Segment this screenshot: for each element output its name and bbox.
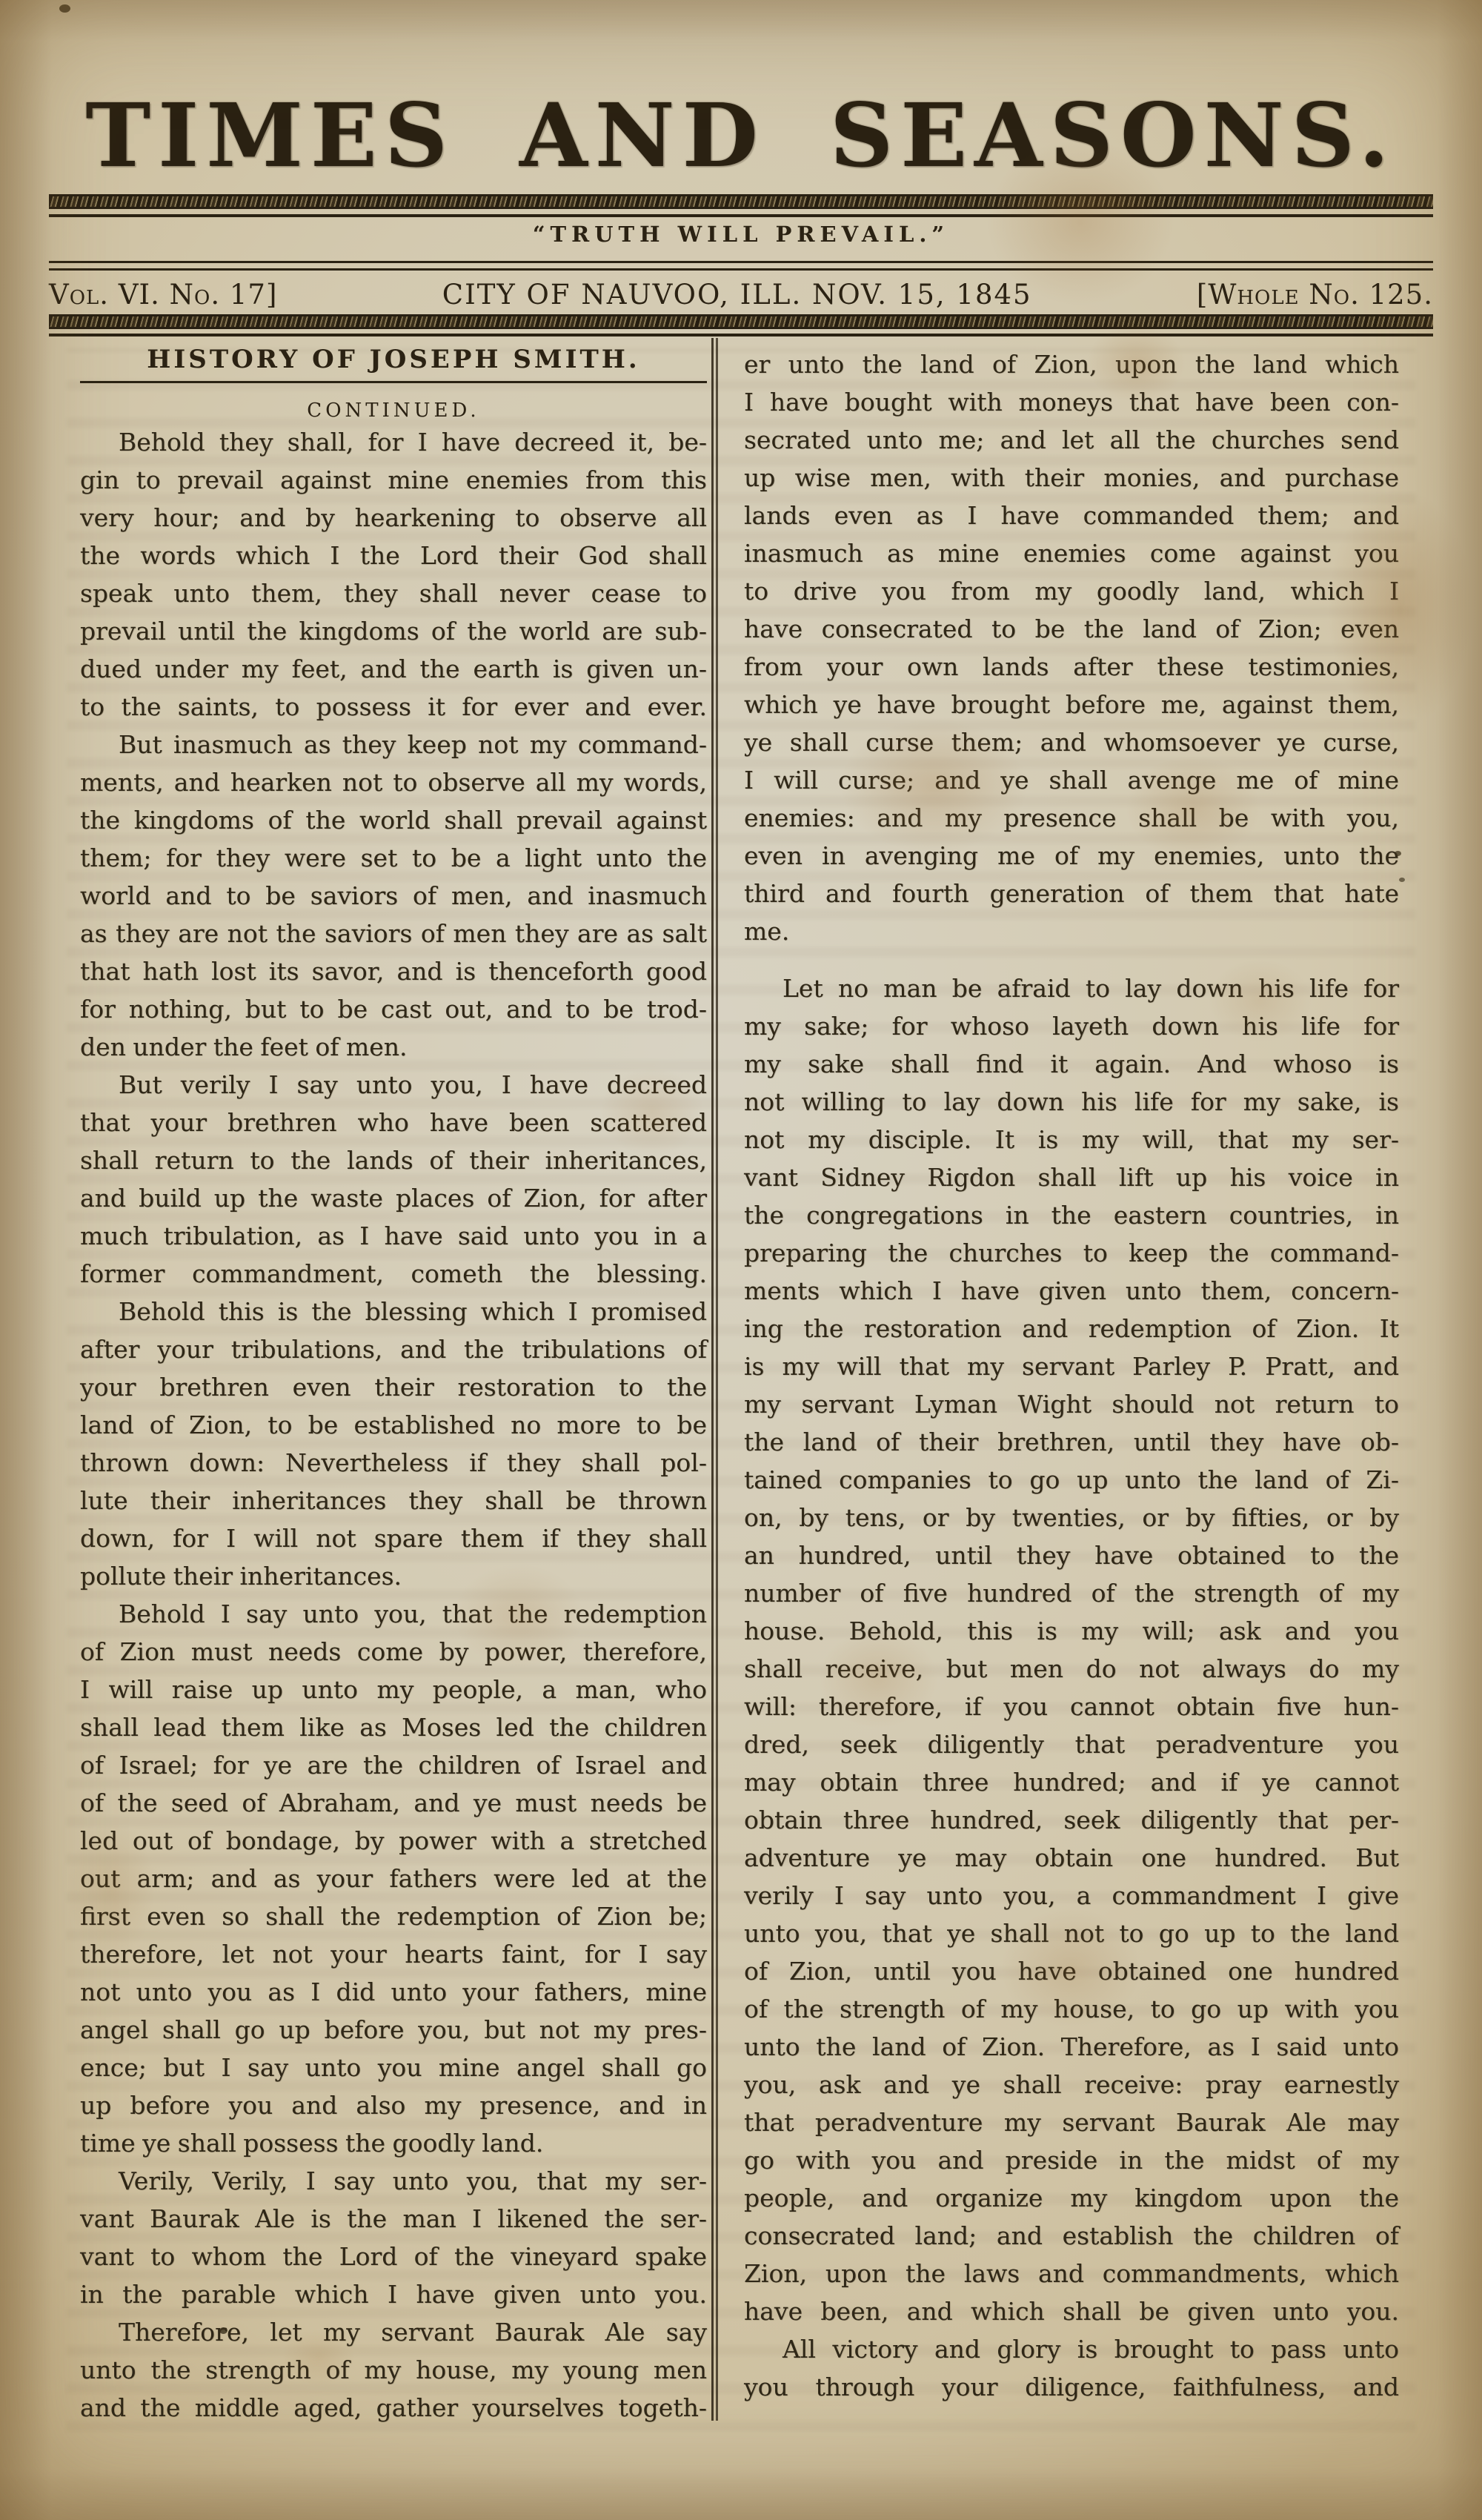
thin-rule (49, 214, 1433, 217)
text-line: land of Zion, to be established no more … (80, 1406, 707, 1444)
text-line: tained companies to go up unto the land … (744, 1461, 1399, 1499)
text-line: dued under my feet, and the earth is giv… (80, 650, 707, 688)
text-line: unto the land of Zion. Therefore, as I s… (744, 2028, 1399, 2066)
thin-rule (49, 334, 1433, 336)
text-line: down, for I will not spare them if they … (80, 1519, 707, 1557)
text-line: verily I say unto you, a commandment I g… (744, 1877, 1399, 1914)
text-line: to drive you from my goodly land, which … (744, 572, 1399, 610)
text-line: my sake shall find it again. And whoso i… (744, 1045, 1399, 1083)
text-line: go with you and preside in the midst of … (744, 2141, 1399, 2179)
text-line: after your tribulations, and the tribula… (80, 1330, 707, 1368)
text-line: But verily I say unto you, I have decree… (80, 1066, 707, 1104)
text-line: shall receive, but men do not always do … (744, 1650, 1399, 1688)
text-line: unto the strength of my house, my young … (80, 2351, 707, 2389)
text-line: not willing to lay down his life for my … (744, 1083, 1399, 1121)
text-line: inasmuch as mine enemies come against yo… (744, 534, 1399, 572)
text-line: have consecrated to be the land of Zion;… (744, 610, 1399, 648)
right-column-text: er unto the land of Zion, upon the land … (744, 345, 1399, 2406)
text-line: me. (744, 912, 1399, 950)
text-line: the kingdoms of the world shall prevail … (80, 801, 707, 839)
text-line: very hour; and by hearkening to observe … (80, 499, 707, 537)
text-line: former commandment, cometh the blessing. (80, 1255, 707, 1293)
text-line: out arm; and as your fathers were led at… (80, 1860, 707, 1897)
text-line: unto you, that ye shall not to go up to … (744, 1914, 1399, 1952)
text-line: Let no man be afraid to lay down his lif… (744, 969, 1399, 1007)
text-line: you, ask and ye shall receive: pray earn… (744, 2066, 1399, 2103)
text-line: on, by tens, or by twenties, or by fifti… (744, 1499, 1399, 1536)
text-line: to the saints, to possess it for ever an… (80, 688, 707, 726)
thin-rule (49, 261, 1433, 263)
text-line: the land of their brethren, until they h… (744, 1423, 1399, 1461)
volume-number: Vol. VI. No. 17] (49, 279, 277, 311)
text-line: consecrated land; and establish the chil… (744, 2217, 1399, 2255)
text-line: my servant Lyman Wight should not return… (744, 1385, 1399, 1423)
ornamental-rule-bottom (49, 314, 1433, 329)
text-line: number of five hundred of the strength o… (744, 1574, 1399, 1612)
text-line: dred, seek diligently that peradventure … (744, 1725, 1399, 1763)
text-line: lute their inheritances they shall be th… (80, 1482, 707, 1519)
city-and-date: CITY OF NAUVOO, ILL. NOV. 15, 1845 (442, 279, 1032, 311)
text-line: lands even as I have commanded them; and (744, 497, 1399, 534)
text-line: will: therefore, if you cannot obtain fi… (744, 1688, 1399, 1725)
text-line: house. Behold, this is my will; ask and … (744, 1612, 1399, 1650)
text-line: much tribulation, as I have said unto yo… (80, 1217, 707, 1255)
ink-speck (219, 2327, 227, 2334)
text-line: Behold this is the blessing which I prom… (80, 1293, 707, 1330)
text-line: led out of bondage, by power with a stre… (80, 1822, 707, 1860)
article-heading: HISTORY OF JOSEPH SMITH. (80, 345, 707, 374)
text-line: that peradventure my servant Baurak Ale … (744, 2103, 1399, 2141)
text-line: ing the restoration and redemption of Zi… (744, 1310, 1399, 1347)
text-line: for nothing, but to be cast out, and to … (80, 990, 707, 1028)
thin-rule (49, 268, 1433, 271)
text-line: ments, and hearken not to observe all my… (80, 763, 707, 801)
text-line: er unto the land of Zion, upon the land … (744, 345, 1399, 383)
masthead-title: TIMES AND SEASONS. (0, 95, 1482, 176)
text-line: not my disciple. It is my will, that my … (744, 1121, 1399, 1158)
text-line: is my will that my servant Parley P. Pra… (744, 1347, 1399, 1385)
text-line: angel shall go up before you, but not my… (80, 2011, 707, 2049)
text-line: third and fourth generation of them that… (744, 875, 1399, 912)
text-line: vant Sidney Rigdon shall lift up his voi… (744, 1158, 1399, 1196)
text-line: up before you and also my presence, and … (80, 2086, 707, 2124)
text-line: Zion, upon the laws and commandments, wh… (744, 2255, 1399, 2292)
text-line: of Zion must needs come by power, theref… (80, 1633, 707, 1671)
ink-speck (1395, 851, 1401, 856)
ink-speck (59, 4, 70, 13)
text-line: therefore, let not your hearts faint, fo… (80, 1935, 707, 1973)
text-line: obtain three hundred, seek diligently th… (744, 1801, 1399, 1839)
left-column-text: Behold they shall, for I have decreed it… (80, 423, 707, 2427)
text-line: an hundred, until they have obtained to … (744, 1536, 1399, 1574)
text-line: I have bought with moneys that have been… (744, 383, 1399, 421)
text-line: the congregations in the eastern countri… (744, 1196, 1399, 1234)
text-line: of the strength of my house, to go up wi… (744, 1990, 1399, 2028)
whole-number: [Whole No. 125. (1197, 279, 1433, 311)
text-line: All victory and glory is brought to pass… (744, 2330, 1399, 2368)
text-line: prevail until the kingdoms of the world … (80, 612, 707, 650)
heading-rule (80, 381, 707, 383)
text-line: up wise men, with their monies, and purc… (744, 459, 1399, 497)
ink-speck (1399, 878, 1405, 882)
text-line: gin to prevail against mine enemies from… (80, 461, 707, 499)
text-line: secrated unto me; and let all the church… (744, 421, 1399, 459)
article-subheading: CONTINUED. (80, 399, 707, 422)
column-divider (711, 338, 718, 2421)
text-line: as they are not the saviors of men they … (80, 915, 707, 952)
text-line: you through your diligence, faithfulness… (744, 2368, 1399, 2406)
text-line: enemies: and my presence shall be with y… (744, 799, 1399, 837)
text-line: of Zion, until you have obtained one hun… (744, 1952, 1399, 1990)
text-line: people, and organize my kingdom upon the (744, 2179, 1399, 2217)
text-line: the words which I the Lord their God sha… (80, 537, 707, 574)
text-line: have been, and which shall be given unto… (744, 2292, 1399, 2330)
text-line: preparing the churches to keep the comma… (744, 1234, 1399, 1272)
text-line: vant Baurak Ale is the man I likened the… (80, 2200, 707, 2238)
text-line: even in avenging me of my enemies, unto … (744, 837, 1399, 875)
text-line: and build up the waste places of Zion, f… (80, 1179, 707, 1217)
text-line: den under the feet of men. (80, 1028, 707, 1066)
text-line: shall lead them like as Moses led the ch… (80, 1708, 707, 1746)
text-line: may obtain three hundred; and if ye cann… (744, 1763, 1399, 1801)
text-line: your brethren even their restoration to … (80, 1368, 707, 1406)
ornamental-rule-top (49, 194, 1433, 209)
text-line: adventure ye may obtain one hundred. But (744, 1839, 1399, 1877)
text-line: Verily, Verily, I say unto you, that my … (80, 2162, 707, 2200)
text-line: and the middle aged, gather yourselves t… (80, 2389, 707, 2427)
text-line: thrown down: Nevertheless if they shall … (80, 1444, 707, 1482)
text-line: world and to be saviors of men, and inas… (80, 877, 707, 915)
text-line: of Israel; for ye are the children of Is… (80, 1746, 707, 1784)
text-line: time ye shall possess the goodly land. (80, 2124, 707, 2162)
text-line: I will curse; and ye shall avenge me of … (744, 761, 1399, 799)
text-line: first even so shall the redemption of Zi… (80, 1897, 707, 1935)
text-line: Behold they shall, for I have decreed it… (80, 423, 707, 461)
text-line: that hath lost its savor, and is thencef… (80, 952, 707, 990)
text-line: ence; but I say unto you mine angel shal… (80, 2049, 707, 2086)
text-line: shall return to the lands of their inher… (80, 1141, 707, 1179)
text-line: from your own lands after these testimon… (744, 648, 1399, 686)
scanned-newspaper-page: TIMES AND SEASONS. “TRUTH WILL PREVAIL.”… (0, 0, 1482, 2520)
text-line: in the parable which I have given unto y… (80, 2275, 707, 2313)
text-line: of the seed of Abraham, and ye must need… (80, 1784, 707, 1822)
text-line: not unto you as I did unto your fathers,… (80, 1973, 707, 2011)
dateline: Vol. VI. No. 17] CITY OF NAUVOO, ILL. NO… (49, 279, 1433, 311)
text-line: my sake; for whoso layeth down his life … (744, 1007, 1399, 1045)
text-line: vant to whom the Lord of the vineyard sp… (80, 2238, 707, 2275)
motto: “TRUTH WILL PREVAIL.” (0, 222, 1482, 247)
text-line: that your brethren who have been scatter… (80, 1104, 707, 1141)
text-line: Therefore, let my servant Baurak Ale say (80, 2313, 707, 2351)
text-line: Behold I say unto you, that the redempti… (80, 1595, 707, 1633)
text-line: But inasmuch as they keep not my command… (80, 726, 707, 763)
text-line: which ye have brought before me, against… (744, 686, 1399, 723)
text-line: ments which I have given unto them, conc… (744, 1272, 1399, 1310)
text-line: ye shall curse them; and whomsoever ye c… (744, 723, 1399, 761)
text-line: I will raise up unto my people, a man, w… (80, 1671, 707, 1708)
text-line: pollute their inheritances. (80, 1557, 707, 1595)
text-line: them; for they were set to be a light un… (80, 839, 707, 877)
text-line: speak unto them, they shall never cease … (80, 574, 707, 612)
